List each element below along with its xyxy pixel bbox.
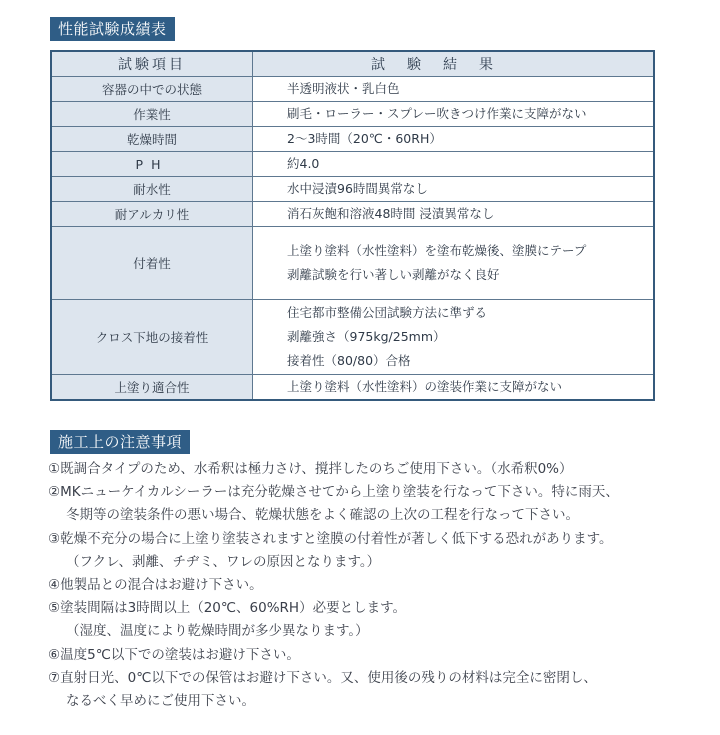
precaution-line: （湿度、温度により乾燥時間が多少異なります。）	[48, 620, 718, 643]
precautions-section-title: 施工上の注意事項	[50, 430, 190, 454]
row-item: 乾燥時間	[51, 127, 253, 152]
row-item: PH	[51, 152, 253, 177]
row-item: 作業性	[51, 102, 253, 127]
table-row: 乾燥時間 2〜3時間（20℃・60RH）	[51, 127, 654, 152]
precaution-line: ⑦直射日光、0℃以下での保管はお避け下さい。又、使用後の残りの材料は完全に密閉し…	[48, 667, 718, 690]
row-result: 消石灰飽和溶液48時間 浸漬異常なし	[253, 202, 655, 227]
table-row: 耐水性 水中浸漬96時間異常なし	[51, 177, 654, 202]
table-header-row: 試験項目 試験結果	[51, 51, 654, 77]
table-row: 容器の中での状態 半透明液状・乳白色	[51, 77, 654, 102]
performance-section-title: 性能試験成績表	[50, 17, 175, 41]
table-row: 耐アルカリ性 消石灰飽和溶液48時間 浸漬異常なし	[51, 202, 654, 227]
row-item: クロス下地の接着性	[51, 300, 253, 375]
row-item: 耐水性	[51, 177, 253, 202]
precaution-line: ①既調合タイプのため、水希釈は極力さけ、撹拌したのちご使用下さい。（水希釈0%）	[48, 458, 718, 481]
precaution-line: ⑥温度5℃以下での塗装はお避け下さい。	[48, 644, 718, 667]
row-item: 耐アルカリ性	[51, 202, 253, 227]
row-item: 付着性	[51, 227, 253, 300]
table-row: 付着性 上塗り塗料（水性塗料）を塗布乾燥後、塗膜にテープ 剥離試験を行い著しい剥…	[51, 227, 654, 300]
row-result: 上塗り塗料（水性塗料）の塗装作業に支障がない	[253, 375, 655, 401]
precaution-line: 冬期等の塗装条件の悪い場合、乾燥状態をよく確認の上次の工程を行なって下さい。	[48, 504, 718, 527]
row-result: 約4.0	[253, 152, 655, 177]
result-line: 水中浸漬96時間異常なし	[287, 177, 653, 201]
result-line: 接着性（80/80）合格	[287, 349, 653, 373]
result-line: 住宅都市整備公団試験方法に準ずる	[287, 301, 653, 325]
row-result: 2〜3時間（20℃・60RH）	[253, 127, 655, 152]
precaution-line: ⑤塗装間隔は3時間以上（20℃、60%RH）必要とします。	[48, 597, 718, 620]
table-row: PH 約4.0	[51, 152, 654, 177]
row-result: 住宅都市整備公団試験方法に準ずる 剥離強さ（975kg/25mm） 接着性（80…	[253, 300, 655, 375]
table-row: 作業性 刷毛・ローラー・スプレー吹きつけ作業に支障がない	[51, 102, 654, 127]
table-row: 上塗り適合性 上塗り塗料（水性塗料）の塗装作業に支障がない	[51, 375, 654, 401]
precaution-line: なるべく早めにご使用下さい。	[48, 690, 718, 713]
row-item: 上塗り適合性	[51, 375, 253, 401]
row-item: 容器の中での状態	[51, 77, 253, 102]
performance-table: 試験項目 試験結果 容器の中での状態 半透明液状・乳白色 作業性 刷毛・ローラー…	[50, 50, 655, 401]
precaution-line: ④他製品との混合はお避け下さい。	[48, 574, 718, 597]
table-row: クロス下地の接着性 住宅都市整備公団試験方法に準ずる 剥離強さ（975kg/25…	[51, 300, 654, 375]
precautions-list: ①既調合タイプのため、水希釈は極力さけ、撹拌したのちご使用下さい。（水希釈0%）…	[48, 458, 718, 713]
row-result: 上塗り塗料（水性塗料）を塗布乾燥後、塗膜にテープ 剥離試験を行い著しい剥離がなく…	[253, 227, 655, 300]
row-result: 刷毛・ローラー・スプレー吹きつけ作業に支障がない	[253, 102, 655, 127]
result-line: 刷毛・ローラー・スプレー吹きつけ作業に支障がない	[287, 102, 653, 126]
result-line: 半透明液状・乳白色	[287, 77, 653, 101]
header-test-item: 試験項目	[51, 51, 253, 77]
result-line: 消石灰飽和溶液48時間 浸漬異常なし	[287, 202, 653, 226]
result-line: 約4.0	[287, 152, 653, 176]
result-line: 剥離強さ（975kg/25mm）	[287, 325, 653, 349]
result-line: 2〜3時間（20℃・60RH）	[287, 127, 653, 151]
precaution-line: ②MKニューケイカルシーラーは充分乾燥させてから上塗り塗装を行なって下さい。特に…	[48, 481, 718, 504]
row-result: 半透明液状・乳白色	[253, 77, 655, 102]
result-line: 上塗り塗料（水性塗料）を塗布乾燥後、塗膜にテープ	[287, 239, 653, 263]
result-line: 上塗り塗料（水性塗料）の塗装作業に支障がない	[287, 375, 653, 399]
header-test-result: 試験結果	[253, 51, 655, 77]
precaution-line: （フクレ、剥離、チヂミ、ワレの原因となります。）	[48, 551, 718, 574]
result-line: 剥離試験を行い著しい剥離がなく良好	[287, 263, 653, 287]
precaution-line: ③乾燥不充分の場合に上塗り塗装されますと塗膜の付着性が著しく低下する恐れがありま…	[48, 528, 718, 551]
row-result: 水中浸漬96時間異常なし	[253, 177, 655, 202]
